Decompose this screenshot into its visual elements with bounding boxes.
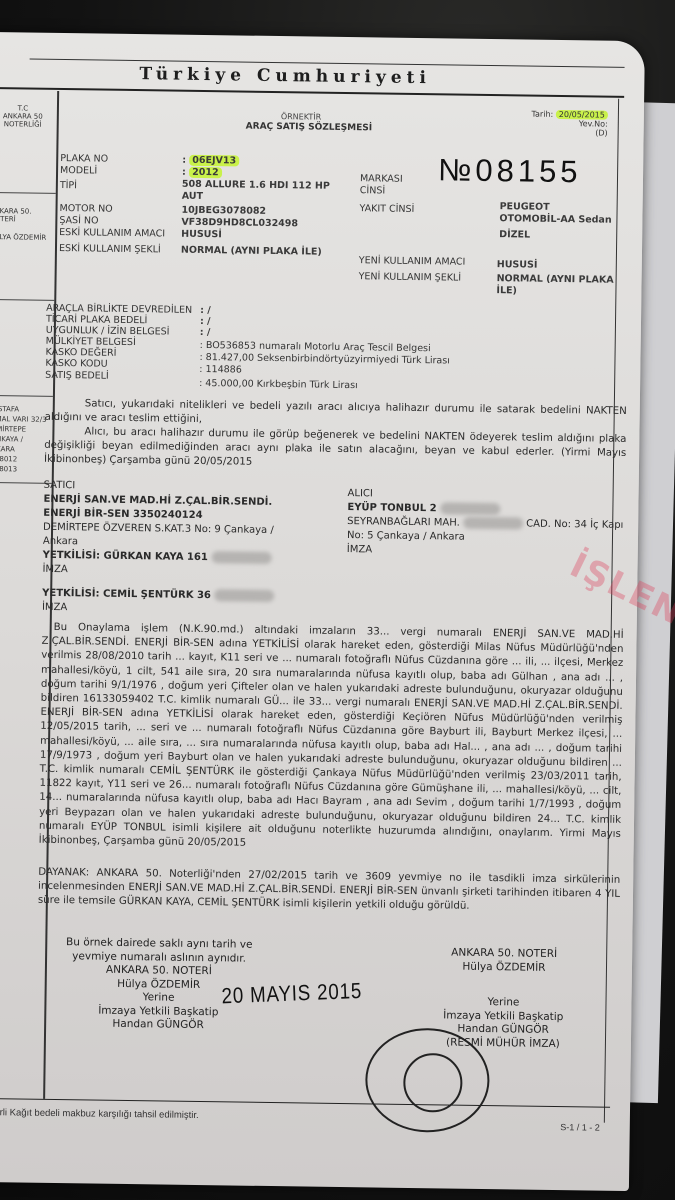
seller-block: SATICI ENERJİ SAN.VE MAD.Hİ Z.ÇAL.BİR.SE… [42, 479, 284, 618]
field-tip-label: TİPİ [60, 180, 77, 192]
date-stamp: 20 MAYIS 2015 [221, 978, 363, 1009]
date-value: 20/05/2015 [556, 110, 608, 120]
field-kasko-kodu-label: KASKO KODU [45, 358, 107, 371]
notary-office-box: T.C ANKARA 50 NOTERLİĞİ [0, 90, 57, 194]
page-number: S-1 / 1 - 2 [560, 1122, 600, 1133]
date-block: Tarih: 20/05/2015 Yev.No: (D) [531, 110, 608, 138]
field-model-label: MODELİ [60, 165, 97, 178]
field-kasko-kodu-value: : 114886 [199, 364, 242, 377]
field-cins-value: OTOMOBİL-AA Sedan [499, 213, 611, 227]
document-body: ÖRNEKTİR ARAÇ SATIŞ SÖZLEŞMESİ Tarih: 20… [47, 91, 619, 1123]
field-motor-label: MOTOR NO [59, 203, 112, 216]
dayanak-text: DAYANAK: ANKARA 50. Noterliği'nden 27/02… [38, 866, 621, 917]
field-marka-value: PEUGEOT [500, 201, 550, 214]
field-sasi-label: ŞASİ NO [59, 215, 98, 228]
document-header-title: Türkiye Cumhuriyeti [139, 64, 431, 88]
field-yeni-sekil-label: YENİ KULLANIM ŞEKLİ [359, 271, 462, 284]
buyer-declaration: Alıcı, bu aracı halihazır durumu ile gör… [44, 425, 627, 476]
field-yakit-label: YAKIT CİNSİ [359, 203, 414, 216]
ornektir-label: ÖRNEKTİR [281, 112, 321, 122]
field-yeni-amac-label: YENİ KULLANIM AMACI [359, 255, 466, 268]
field-eski-amac-label: ESKİ KULLANIM AMACI [59, 227, 165, 240]
approval-text: Bu Onaylama işlem (N.K.90.md.) altındaki… [39, 621, 624, 856]
field-plaka-label: PLAKA NO [60, 153, 108, 166]
field-cins-label: CİNSİ [360, 185, 386, 197]
seller-name: ENERJİ SAN.VE MAD.Hİ Z.ÇAL.BİR.SENDİ. EN… [43, 493, 283, 524]
contract-title: ARAÇ SATIŞ SÖZLEŞMESİ [246, 122, 373, 134]
seller-rep-1: YETKİLİSİ: GÜRKAN KAYA 161 [43, 550, 208, 563]
buyer-name: EYÜP TONBUL 2 [347, 502, 436, 514]
field-uygunluk-value: : / [200, 327, 211, 339]
field-yeni-amac-value: HUSUSİ [497, 259, 538, 272]
fee-note: Değerli Kağıt bedeli makbuz karşılığı ta… [0, 1107, 199, 1121]
field-yakit-value: DİZEL [499, 229, 530, 241]
field-marka-label: MARKASI [360, 173, 403, 186]
field-tip-value: 508 ALLURE 1.6 HDI 112 HP AUT [182, 179, 332, 205]
buyer-block: ALICI EYÜP TONBUL 2 SEYRANBAĞLARI MAH. C… [347, 487, 638, 561]
serial-number: №08155 [438, 152, 582, 190]
notary-document: Türkiye Cumhuriyeti T.C ANKARA 50 NOTERL… [0, 32, 645, 1191]
field-eski-sekil-label: ESKİ KULLANIM ŞEKLİ [59, 243, 161, 256]
field-satis-bedeli-label: SATIŞ BEDELİ [45, 370, 109, 383]
field-plaka-value: : 06EJV13 [182, 155, 239, 168]
seller-address: DEMİRTEPE ÖZVEREN S.KAT.3 No: 9 Çankaya … [43, 521, 283, 552]
field-satis-bedeli-value: : 45.000,00 Kırkbeşbin Türk Lirası [199, 378, 358, 392]
field-model-value: : 2012 [182, 167, 222, 180]
field-eski-sekil-value: NORMAL (AYNI PLAKA İLE) [181, 245, 322, 259]
field-yeni-sekil-value: NORMAL (AYNI PLAKA İLE) [496, 273, 616, 299]
field-eski-amac-value: HUSUSİ [181, 229, 222, 242]
notary-name-box: ANKARA 50. NOTERİ HÜLYA ÖZDEMİR [0, 193, 56, 301]
seller-rep-2: YETKİLİSİ: CEMİL ŞENTÜRK 36 [42, 588, 211, 601]
